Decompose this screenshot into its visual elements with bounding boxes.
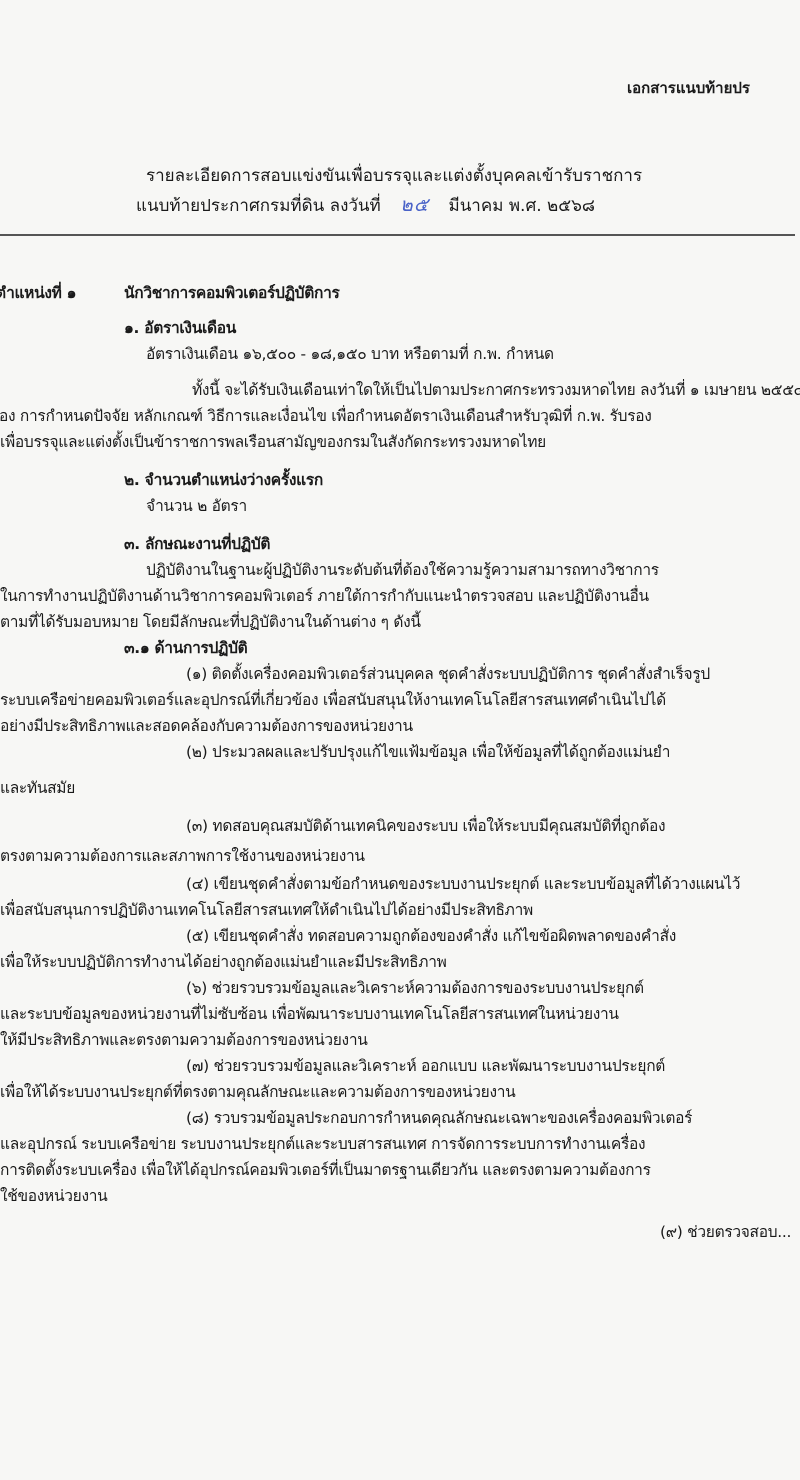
document-title: รายละเอียดการสอบแข่งขันเพื่อบรรจุและแต่ง… [146,162,642,189]
duties-heading: ๓. ลักษณะงานที่ปฏิบัติ [124,534,270,554]
duty-item-3-line: ตรงตามความต้องการและสภาพการใช้งานของหน่ว… [0,846,365,866]
duty-item-8-line: (๘) รวบรวมข้อมูลประกอบการกำหนดคุณลักษณะเ… [186,1108,692,1128]
duty-item-4-line: เพื่อสนับสนุนการปฏิบัติงานเทคโนโลยีสารสน… [0,900,533,920]
salary-detail: อัตราเงินเดือน ๑๖,๕๐๐ - ๑๘,๑๕๐ บาท หรือต… [146,344,554,364]
salary-note-line: เพื่อบรรจุและแต่งตั้งเป็นข้าราชการพลเรือ… [0,432,546,452]
practice-subheading: ๓.๑ ด้านการปฏิบัติ [124,638,247,658]
duty-item-8-line: และอุปกรณ์ ระบบเครือข่าย ระบบงานประยุกต์… [0,1134,645,1154]
duty-item-8-line: การติดตั้งระบบเครื่อง เพื่อให้ได้อุปกรณ์… [0,1160,651,1180]
duty-item-1-line: (๑) ติดตั้งเครื่องคอมพิวเตอร์ส่วนบุคคล ช… [186,664,710,684]
page-continuation: (๙) ช่วยตรวจสอบ... [660,1222,791,1242]
duty-item-6-line: (๖) ช่วยรวบรวมข้อมูลและวิเคราะห์ความต้อง… [186,978,644,998]
duty-item-1-line: ระบบเครือข่ายคอมพิวเตอร์และอุปกรณ์ที่เกี… [0,690,666,710]
duty-item-2-line: (๒) ประมวลผลและปรับปรุงแก้ไขแฟ้มข้อมูล เ… [186,742,670,762]
position-label: ตำแหน่งที่ ๑ [0,283,76,303]
vacancy-heading: ๒. จำนวนตำแหน่งว่างครั้งแรก [124,470,323,490]
duty-item-4-line: (๔) เขียนชุดคำสั่งตามข้อกำหนดของระบบงานป… [186,874,740,894]
duties-intro-line: ปฏิบัติงานในฐานะผู้ปฏิบัติงานระดับต้นที่… [146,560,659,580]
salary-heading: ๑. อัตราเงินเดือน [124,318,236,338]
duty-item-8-line: ใช้ของหน่วยงาน [0,1186,107,1206]
duty-item-3-line: (๓) ทดสอบคุณสมบัติด้านเทคนิคของระบบ เพื่… [186,816,665,836]
duties-intro-line: ในการทำงานปฏิบัติงานด้านวิชาการคอมพิวเตอ… [0,586,649,606]
header-divider [0,234,795,236]
duty-item-7-line: เพื่อให้ได้ระบบงานประยุกต์ที่ตรงตามคุณลั… [0,1082,515,1102]
duty-item-7-line: (๗) ช่วยรวบรวมข้อมูลและวิเคราะห์ ออกแบบ … [186,1056,665,1076]
duty-item-5-line: (๕) เขียนชุดคำสั่ง ทดสอบความถูกต้องของคำ… [186,926,676,946]
subtitle-prefix: แนบท้ายประกาศกรมที่ดิน ลงวันที่ [136,196,381,216]
duty-item-6-line: และระบบข้อมูลของหน่วยงานที่ไม่ซับซ้อน เพ… [0,1004,619,1024]
handwritten-day: ๒๕ [400,194,429,216]
salary-note-line: เรื่อง การกำหนดปัจจัย หลักเกณฑ์ วิธีการแ… [0,406,652,426]
duty-item-1-line: อย่างมีประสิทธิภาพและสอดคล้องกับความต้อง… [0,716,413,736]
duty-item-6-line: ให้มีประสิทธิภาพและตรงตามความต้องการของห… [0,1030,368,1050]
document-subtitle: แนบท้ายประกาศกรมที่ดิน ลงวันที่ ๒๕ มีนาค… [136,190,595,220]
duties-intro-line: ตามที่ได้รับมอบหมาย โดยมีลักษณะที่ปฏิบัต… [0,612,421,632]
position-name: นักวิชาการคอมพิวเตอร์ปฏิบัติการ [124,283,340,303]
salary-note-line: ทั้งนี้ จะได้รับเงินเดือนเท่าใดให้เป็นไป… [192,380,800,400]
vacancy-detail: จำนวน ๒ อัตรา [146,496,247,516]
duty-item-2-line: และทันสมัย [0,778,75,798]
duty-item-5-line: เพื่อให้ระบบปฏิบัติการทำงานได้อย่างถูกต้… [0,952,447,972]
document-page: เอกสารแนบท้ายปร รายละเอียดการสอบแข่งขันเ… [0,0,800,1480]
subtitle-suffix: มีนาคม พ.ศ. ๒๕๖๘ [448,196,595,216]
attachment-header: เอกสารแนบท้ายปร [627,76,750,100]
